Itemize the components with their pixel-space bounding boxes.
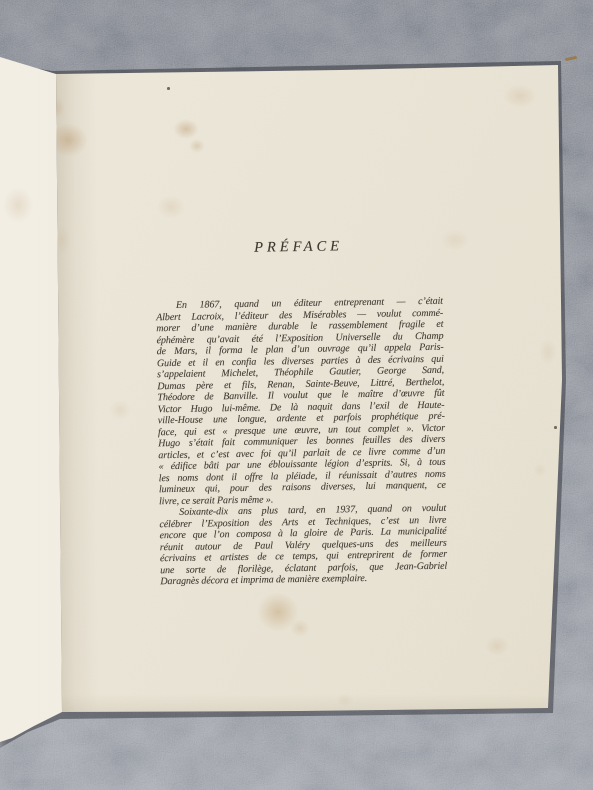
photo-open-book: PRÉFACE En1867,quandunéditeurentreprenan… — [0, 0, 593, 790]
paper-texture — [0, 0, 593, 790]
stain — [3, 187, 33, 223]
book-page: PRÉFACE En1867,quandunéditeurentreprenan… — [0, 0, 593, 790]
